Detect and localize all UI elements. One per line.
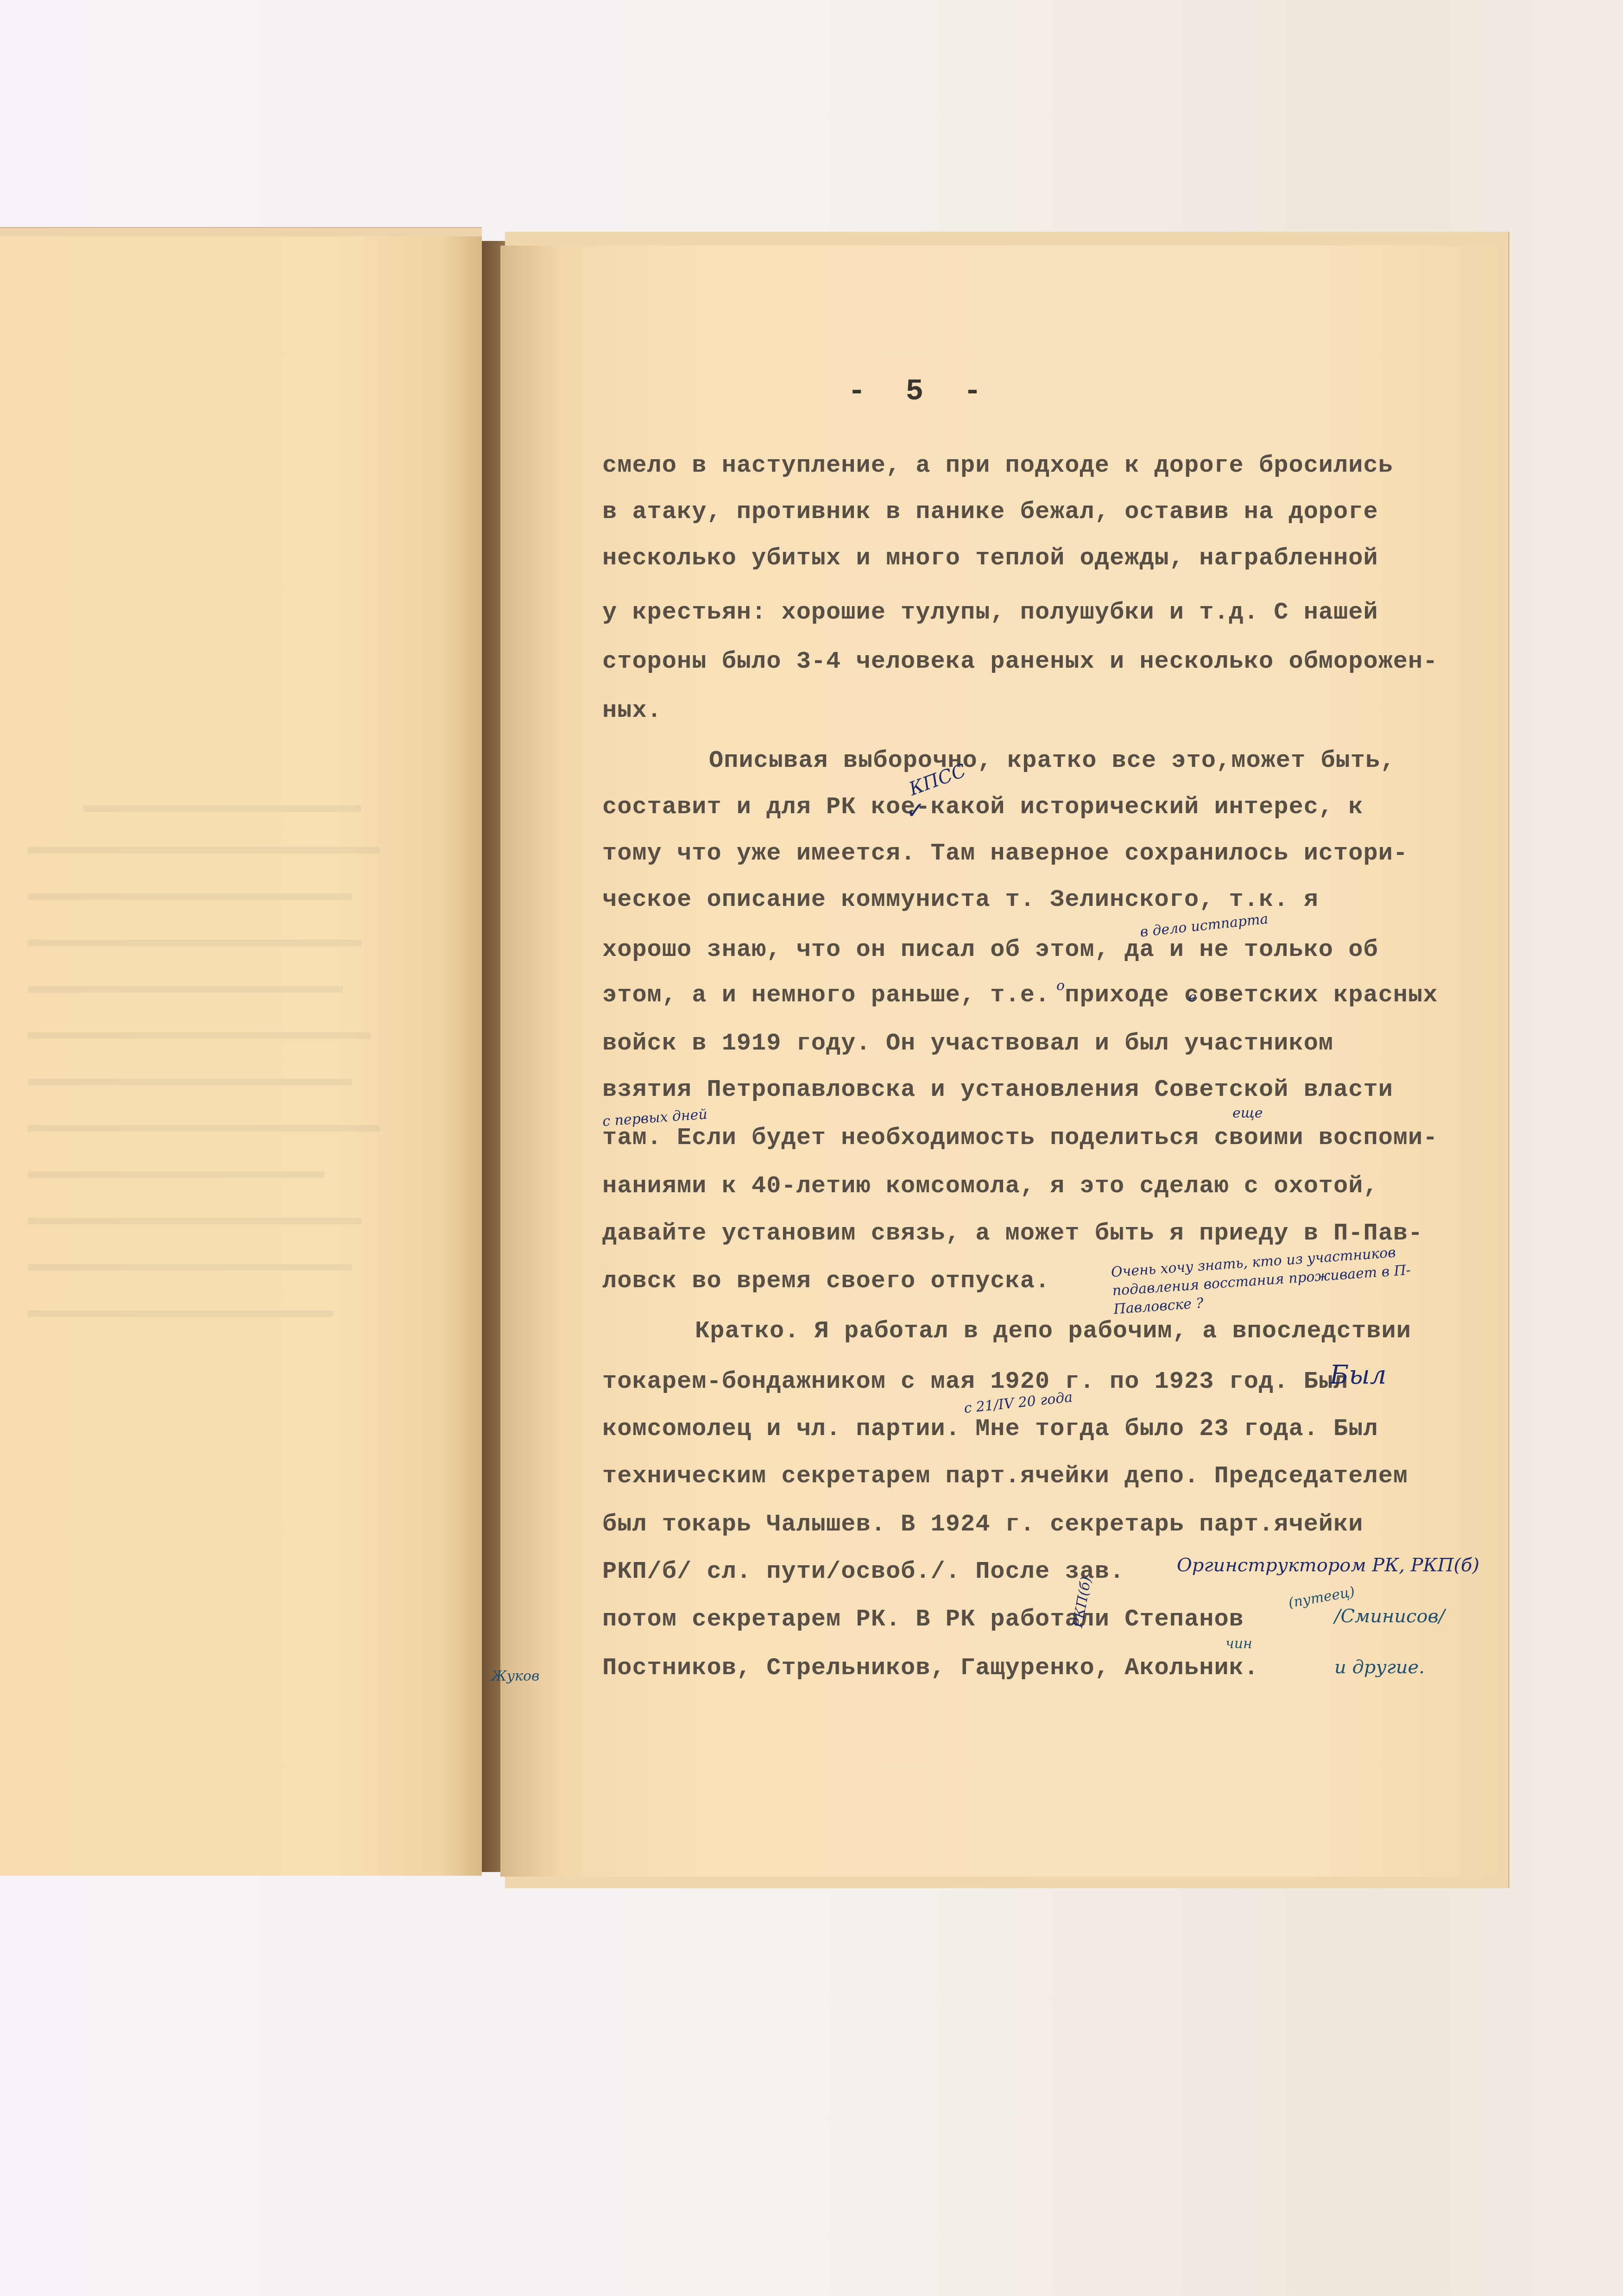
bleed-through-line [28,1032,371,1039]
typed-line: давайте установим связь, а может быть я … [602,1220,1423,1247]
typed-line: Постников, Стрельников, Гащуренко, Аколь… [602,1654,1259,1682]
typed-line: у крестьян: хорошие тулупы, полушубки и … [602,599,1378,626]
bleed-through-line [28,1079,352,1085]
left-page-verso [0,234,482,1876]
bleed-through-line [28,940,361,946]
typed-line: хорошо знаю, что он писал об этом, да и … [602,936,1378,963]
bleed-through-line [28,893,352,900]
bleed-through-line [28,986,343,993]
typed-line: тому что уже имеется. Там наверное сохра… [602,840,1408,867]
bleed-through-line [28,1264,352,1271]
typed-line: стороны было 3-4 человека раненых и неск… [602,648,1438,675]
typed-line: этом, а и немного раньше, т.е. приходе с… [602,981,1438,1009]
typed-line: смело в наступление, а при подходе к дор… [602,452,1393,479]
typed-line: в атаку, противник в панике бежал, остав… [602,498,1378,525]
typed-line: комсомолец и чл. партии. Мне тогда было … [602,1415,1378,1442]
typed-line: ных. [602,697,662,724]
typed-line: техническим секретарем парт.ячейки депо.… [602,1462,1408,1490]
handwritten-note: чин [1225,1636,1252,1652]
bleed-through-line [28,1125,380,1132]
handwritten-note: е [1188,989,1197,1006]
handwritten-note: Жуков [491,1668,540,1684]
handwritten-note: /Сминисов/ [1334,1606,1445,1627]
handwritten-note: еще [1232,1105,1263,1121]
typed-line: несколько убитых и много теплой одежды, … [602,544,1378,572]
typed-line: там. Если будет необходимость поделиться… [602,1124,1438,1151]
bleed-through-line [28,1310,334,1317]
typed-line: был токарь Чалышев. В 1924 г. секретарь … [602,1511,1363,1538]
typed-line: ческое описание коммуниста т. Зелинского… [602,886,1319,913]
bleed-through-line [28,1171,324,1178]
typed-line: потом секретарем РК. В РК работали Степа… [602,1606,1244,1633]
handwritten-note: о [1056,978,1065,994]
typed-line: токарем-бондажником с мая 1920 г. по 192… [602,1368,1348,1395]
insertion-caret-icon: ✓ [906,797,925,824]
handwritten-note: Оргинструктором РК, РКП(б) [1177,1555,1479,1576]
typed-line: Описывая выборочно, кратко все это,может… [709,747,1395,774]
typed-line: РКП/б/ сл. пути/освоб./. После зав. [602,1558,1124,1585]
typed-line: составит и для РК кое-какой исторический… [602,793,1363,821]
typed-line: взятия Петропавловска и установления Сов… [602,1076,1393,1103]
bleed-through-line [28,847,380,854]
page-stack-edge [0,227,482,236]
bleed-through-line [28,1218,361,1224]
typed-line: ловск во время своего отпуска. [602,1267,1050,1295]
handwritten-note: и другие. [1334,1657,1425,1678]
page-number: - 5 - [848,375,992,409]
typed-line: войск в 1919 году. Он участвовал и был у… [602,1030,1333,1057]
bleed-through-line [83,805,361,812]
typed-line: Кратко. Я работал в депо рабочим, а впос… [695,1317,1411,1345]
handwritten-note: Был [1330,1360,1386,1390]
typed-line: наниями к 40-летию комсомола, я это сдел… [602,1172,1378,1200]
